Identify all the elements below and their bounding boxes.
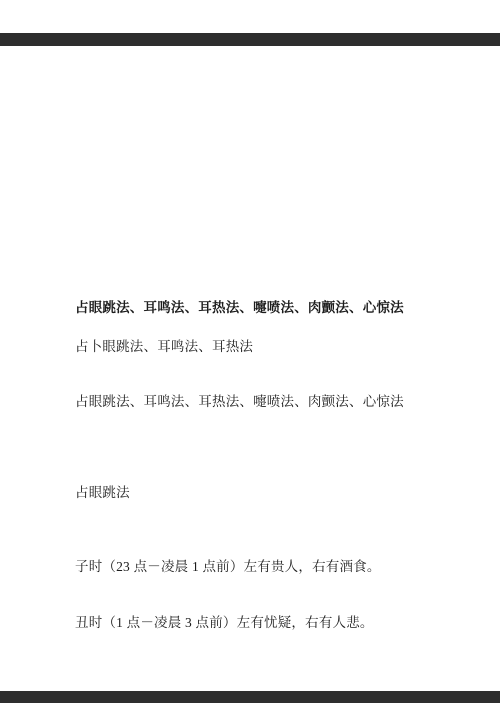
document-heading: 占眼跳法、耳鸣法、耳热法、嚏喷法、肉颤法、心惊法 (75, 300, 460, 315)
paragraph-title-repeat: 占眼跳法、耳鸣法、耳热法、嚏喷法、肉颤法、心惊法 (75, 394, 460, 409)
paragraph-section-heading: 占眼跳法 (75, 485, 460, 500)
paragraph-subtitle: 占卜眼跳法、耳鸣法、耳热法 (75, 339, 460, 354)
paragraph-zi-hour: 子时（23 点－凌晨 1 点前）左有贵人，右有酒食。 (75, 559, 460, 574)
paragraph-chou-hour: 丑时（1 点－凌晨 3 点前）左有忧疑，右有人悲。 (75, 615, 460, 630)
page-separator-top (0, 33, 500, 46)
document-page: 占眼跳法、耳鸣法、耳热法、嚏喷法、肉颤法、心惊法 占卜眼跳法、耳鸣法、耳热法 占… (0, 0, 500, 707)
page-separator-bottom (0, 691, 500, 703)
